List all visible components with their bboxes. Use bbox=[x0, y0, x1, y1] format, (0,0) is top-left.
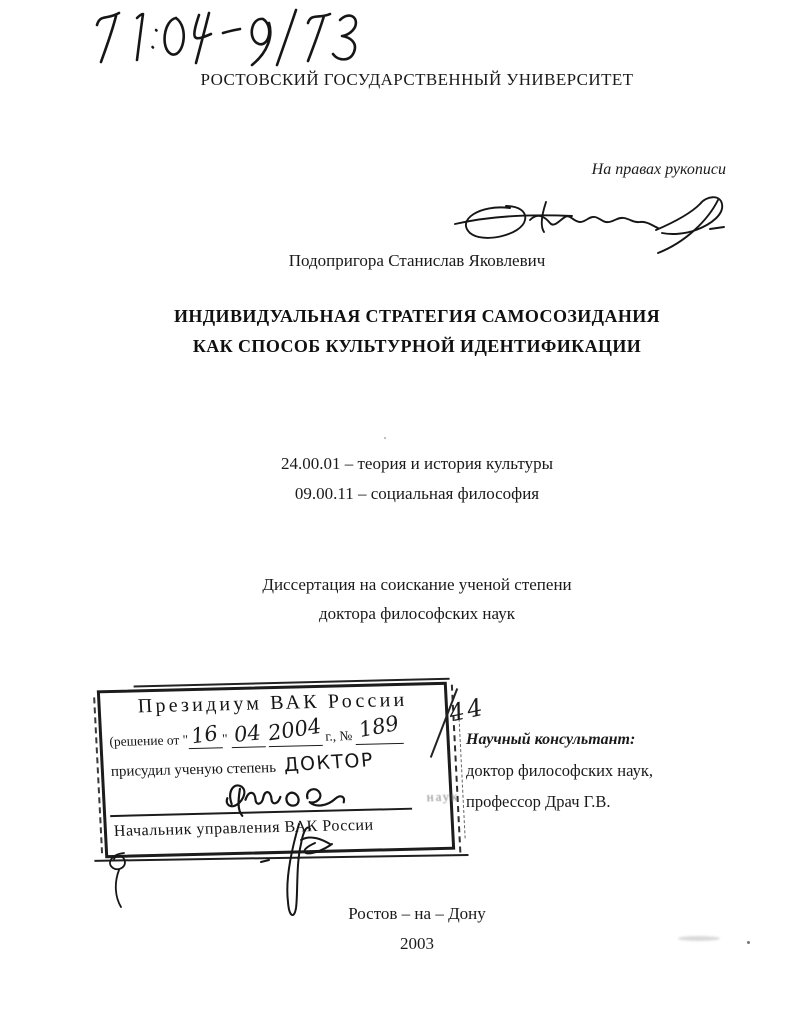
pen-curl-mark bbox=[102, 845, 148, 909]
official-signature bbox=[255, 816, 347, 928]
dissertation-title-line2: КАК СПОСОБ КУЛЬТУРНОЙ ИДЕНТИФИКАЦИИ bbox=[40, 336, 794, 357]
handwritten-day: 16 bbox=[190, 723, 220, 747]
consultant-degree: доктор философских наук, bbox=[466, 755, 706, 786]
consultant-name: профессор Драч Г.В. bbox=[466, 786, 706, 817]
consultant-block: Научный консультант: доктор философских … bbox=[466, 724, 706, 817]
handwritten-field-word bbox=[216, 761, 359, 818]
scan-smudge bbox=[678, 936, 720, 941]
handwritten-month: 04 bbox=[233, 722, 262, 745]
scan-speck bbox=[747, 941, 750, 944]
degree-statement-line1: Диссертация на соискание ученой степени bbox=[40, 575, 794, 595]
manuscript-rights-note: На правах рукописи bbox=[592, 161, 726, 179]
stamp-field-line: наук bbox=[109, 776, 413, 817]
handwritten-year: 2004 bbox=[267, 716, 323, 745]
author-signature bbox=[450, 190, 730, 260]
specialty-code-2: 09.00.11 – социальная философия bbox=[40, 484, 794, 504]
stamp-decision-line: (решение от "16" 04 2004 г., № 189 bbox=[109, 722, 404, 751]
handwritten-number: 189 bbox=[357, 713, 401, 741]
stamp-border-dashed-left bbox=[93, 697, 103, 853]
specialty-code-1: 24.00.01 – теория и история культуры bbox=[40, 454, 794, 474]
stamp-border-double-top bbox=[134, 678, 450, 688]
stamp-decision-suffix: г., № bbox=[321, 728, 356, 744]
scan-speck bbox=[384, 437, 386, 439]
consultant-label: Научный консультант: bbox=[466, 724, 706, 755]
stamp-decision-prefix: (решение от " bbox=[109, 732, 189, 749]
faint-printed-word: наук bbox=[426, 789, 460, 806]
university-name: РОСТОВСКИЙ ГОСУДАРСТВЕННЫЙ УНИВЕРСИТЕТ bbox=[40, 70, 794, 90]
city-line: Ростов – на – Дону bbox=[40, 904, 794, 924]
handwritten-number-extra: 44 bbox=[446, 693, 488, 728]
degree-statement-line2: доктора философских наук bbox=[40, 604, 794, 624]
dissertation-title-line1: ИНДИВИДУАЛЬНАЯ СТРАТЕГИЯ САМОСОЗИДАНИЯ bbox=[40, 306, 794, 327]
dissertation-title-page: РОСТОВСКИЙ ГОСУДАРСТВЕННЫЙ УНИВЕРСИТЕТ Н… bbox=[0, 0, 794, 1025]
author-name: Подопригора Станислав Яковлевич bbox=[40, 251, 794, 271]
stamp-decision-quote: " bbox=[222, 731, 228, 746]
inventory-number-handwriting bbox=[92, 4, 432, 68]
